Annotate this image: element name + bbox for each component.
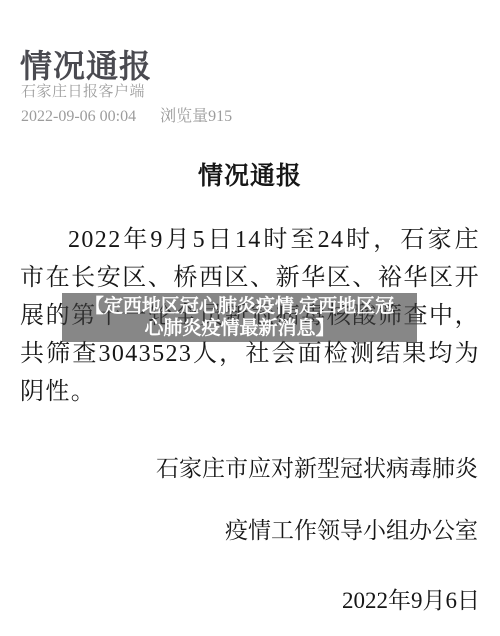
publish-time: 2022-09-06 00:04 <box>21 108 136 125</box>
watermark-caption-band: 【定西地区冠心肺炎疫情,定西地区冠 心肺炎疫情最新消息】 <box>62 293 417 342</box>
watermark-caption-line1: 【定西地区冠心肺炎疫情,定西地区冠 <box>85 296 394 318</box>
signature-line2: 疫情工作领导小组办公室 <box>225 512 478 545</box>
article-meta: 2022-09-06 00:04 浏览量915 <box>21 103 232 126</box>
view-count: 浏览量915 <box>160 108 232 125</box>
signature-date: 2022年9月6日 <box>342 582 480 615</box>
article-source: 石家庄日报客户端 <box>21 80 145 101</box>
signature-line1: 石家庄市应对新型冠状病毒肺炎 <box>156 450 478 483</box>
article-heading: 情况通报 <box>0 156 500 192</box>
article-page: 情况通报 石家庄日报客户端 2022-09-06 00:04 浏览量915 情况… <box>0 0 500 636</box>
watermark-caption-line2: 心肺炎疫情最新消息】 <box>144 318 334 340</box>
